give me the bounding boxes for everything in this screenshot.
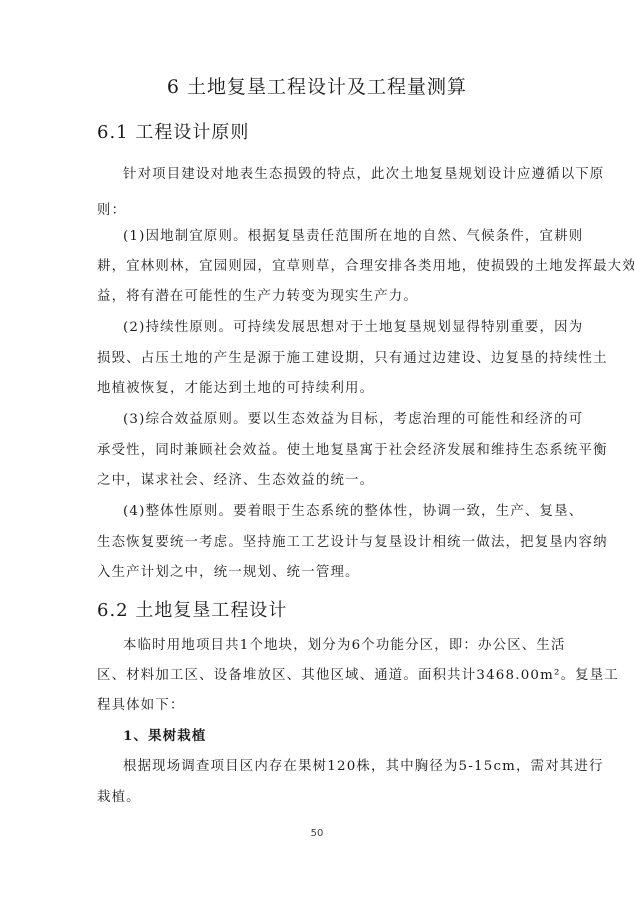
paragraph-line: 区、材料加工区、设备堆放区、其他区域、通道。面积共计3468.00m²。复垦工 (97, 664, 539, 683)
section-heading-6-2: 6.2 土地复垦工程设计 (97, 596, 287, 622)
chapter-title: 6 土地复垦工程设计及工程量测算 (0, 72, 634, 99)
document-page: 6 土地复垦工程设计及工程量测算 6.1 工程设计原则 针对项目建设对地表生态损… (0, 0, 634, 897)
paragraph-line: 之中，谋求社会、经济、生态效益的统一。 (97, 469, 539, 488)
paragraph-line: 程具体如下： (97, 694, 539, 713)
paragraph-line: (1)因地制宜原则。根据复垦责任范围所在地的自然、气候条件，宜耕则 (123, 225, 539, 244)
paragraph-line: 则： (97, 199, 539, 218)
paragraph-line: 根据现场调查项目区内存在果树120株，其中胸径为5-15cm，需对其进行 (123, 755, 539, 774)
paragraph-line: 益，将有潜在可能性的生产力转变为现实生产力。 (97, 285, 539, 304)
paragraph-line: 针对项目建设对地表生态损毁的特点，此次土地复垦规划设计应遵循以下原 (123, 163, 539, 182)
subsection-heading: 1、果树栽植 (123, 725, 539, 744)
paragraph-line: (2)持续性原则。可持续发展思想对于土地复垦规划显得特别重要，因为 (123, 316, 539, 335)
paragraph-line: 生态恢复要统一考虑。坚持施工工艺设计与复垦设计相统一做法，把复垦内容纳 (97, 531, 539, 550)
paragraph-line: 损毁、占压土地的产生是源于施工建设期，只有通过边建设、边复垦的持续性土 (97, 347, 539, 366)
page-number: 50 (0, 828, 634, 839)
paragraph-line: 栽植。 (97, 786, 539, 805)
paragraph-line: (3)综合效益原则。要以生态效益为目标，考虑治理的可能性和经济的可 (123, 408, 539, 427)
paragraph-line: 入生产计划之中，统一规划、统一管理。 (97, 561, 539, 580)
paragraph-line: 本临时用地项目共1个地块，划分为6个功能分区，即：办公区、生活 (123, 634, 539, 653)
section-heading-6-1: 6.1 工程设计原则 (97, 118, 249, 144)
paragraph-line: 承受性，同时兼顾社会效益。使土地复垦寓于社会经济发展和维持生态系统平衡 (97, 439, 539, 458)
paragraph-line: 耕，宜林则林，宜园则园，宜草则草，合理安排各类用地，使损毁的土地发挥最大效 (97, 255, 539, 274)
paragraph-line: (4)整体性原则。要着眼于生态系统的整体性，协调一致，生产、复垦、 (123, 500, 539, 519)
paragraph-line: 地植被恢复，才能达到土地的可持续利用。 (97, 377, 539, 396)
